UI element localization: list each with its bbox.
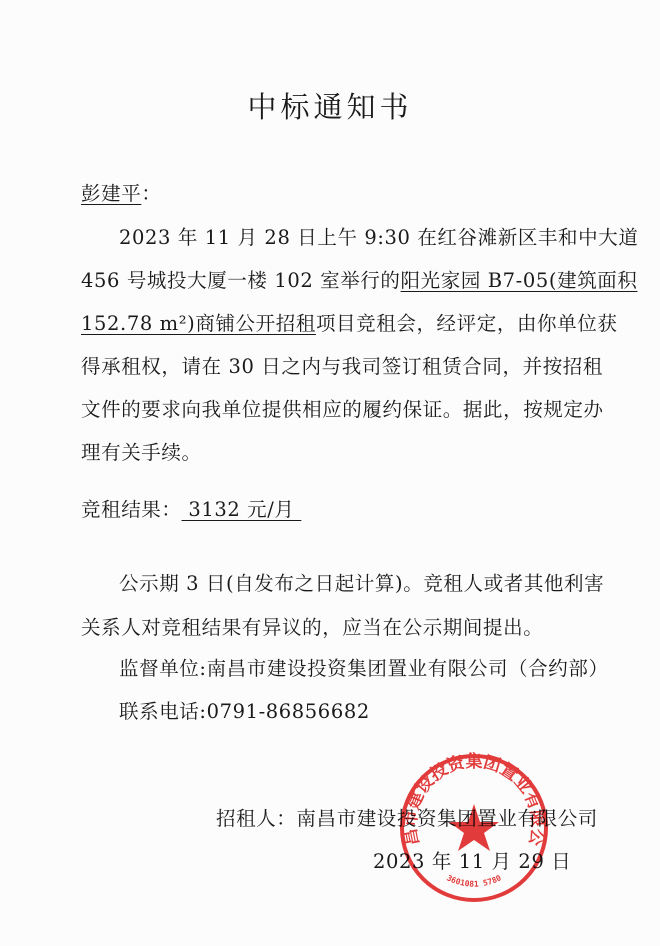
project-name-part-1: 阳光家园 B7-05(建筑面积 <box>401 269 638 292</box>
page-title: 中标通知书 <box>0 85 660 126</box>
paragraph-1-line-4: 得承租权，请在 30 日之内与我司签订租赁合同，并按招租 <box>81 351 603 379</box>
project-name-part-2: 152.78 m²)商铺公开招租 <box>81 312 316 335</box>
paragraph-1-line-6: 理有关手续。 <box>81 437 202 465</box>
paragraph-1-line-2: 456 号城投大厦一楼 102 室举行的阳光家园 B7-05(建筑面积 <box>81 265 638 293</box>
paragraph-1-line-3: 152.78 m²)商铺公开招租项目竞租会，经评定，由你单位获 <box>81 308 617 336</box>
addressee: 彭建平： <box>81 178 161 206</box>
red-star-seal-icon: 南昌市建设投资集团置业有限公司 3601081 5780 <box>398 752 550 904</box>
addressee-colon: ： <box>141 182 161 205</box>
paragraph-1-line-5: 文件的要求向我单位提供相应的履约保证。据此，按规定办 <box>81 394 604 422</box>
contact-phone: 联系电话:0791-86856682 <box>119 696 370 724</box>
bid-result-label: 竞租结果： <box>81 498 182 521</box>
bid-result-value: 3132 元/月 <box>182 498 302 521</box>
addressee-name: 彭建平 <box>81 182 141 205</box>
bid-result: 竞租结果： 3132 元/月 <box>81 494 301 522</box>
paragraph-1-line-3-text: 项目竞租会，经评定，由你单位获 <box>316 312 618 335</box>
paragraph-1-line-2-text: 456 号城投大厦一楼 102 室举行的 <box>81 269 401 292</box>
paragraph-2-line-1: 公示期 3 日(自发布之日起计算)。竞租人或者其他利害 <box>119 568 604 596</box>
svg-text:3601081 5780: 3601081 5780 <box>445 873 503 888</box>
supervisor-unit: 监督单位:南昌市建设投资集团置业有限公司（合约部） <box>119 653 609 681</box>
paragraph-2-line-2: 关系人对竞租结果有异议的，应当在公示期间提出。 <box>81 612 543 640</box>
paragraph-1-line-1: 2023 年 11 月 28 日上午 9:30 在红谷滩新区丰和中大道 <box>119 222 638 250</box>
